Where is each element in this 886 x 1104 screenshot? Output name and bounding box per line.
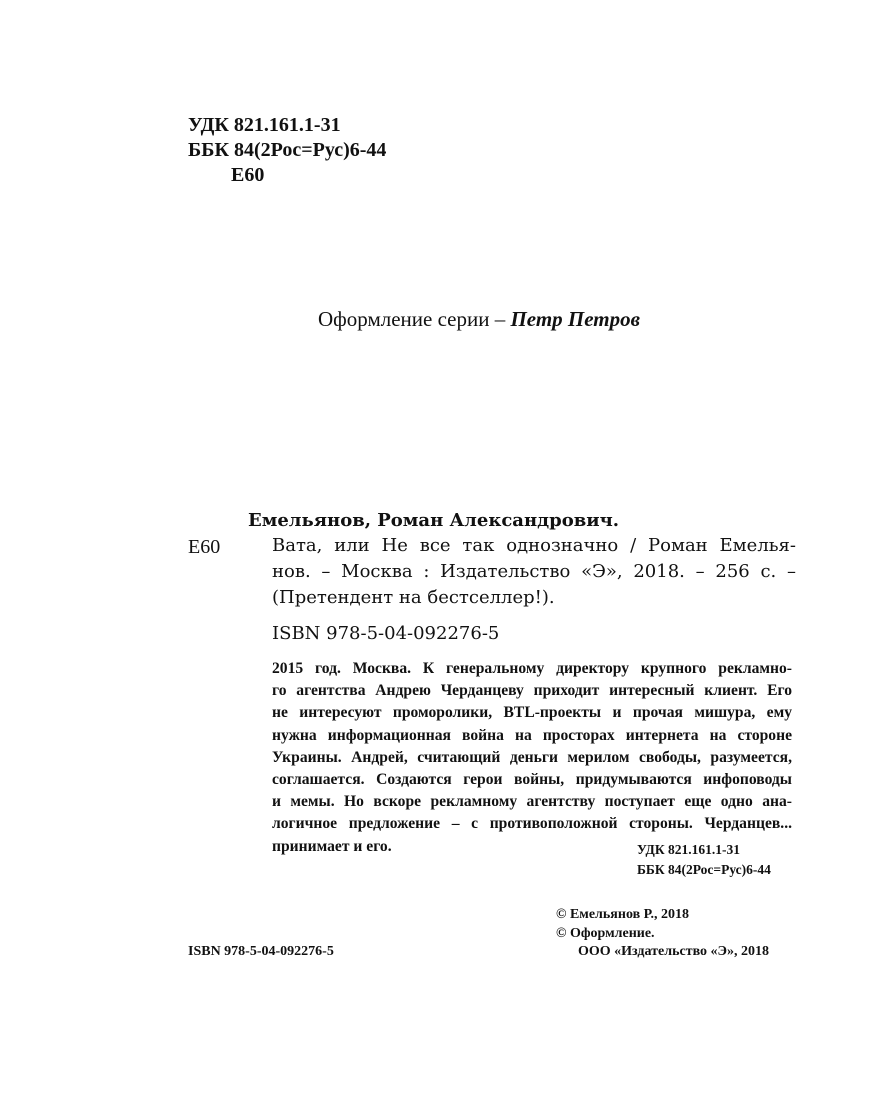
annotation-line: нужна информационная война на просторах … [272,725,792,747]
annotation-line: Украины. Андрей, считающий деньги мерило… [272,747,792,769]
biblio-line: Вата, или Не все так однозначно / Роман … [272,533,796,559]
biblio-author-code: Е60 [188,534,220,560]
annotation-line: го агентства Андрею Черданцеву приходит … [272,680,792,702]
biblio-line: нов. – Москва : Издательство «Э», 2018. … [272,559,796,585]
annotation: 2015 год. Москва. К генеральному директо… [272,658,792,858]
annotation-line: и мемы. Но вскоре рекламному агентству п… [272,791,792,813]
annotation-line: 2015 год. Москва. К генеральному директо… [272,658,792,680]
bbk-code-small: ББК 84(2Рос=Рус)6-44 [637,860,771,880]
annotation-line: не интересуют проморолики, BTL-проекты и… [272,702,792,724]
biblio-description: Вата, или Не все так однозначно / Роман … [272,533,796,611]
bbk-code: ББК 84(2Рос=Рус)6-44 [188,138,386,163]
copyright-block: © Емельянов Р., 2018 © Оформление. ООО «… [556,906,769,962]
series-designer-name: Петр Петров [510,307,640,331]
annotation-line: соглашается. Создаются герои войны, прид… [272,769,792,791]
udk-code-small: УДК 821.161.1-31 [637,840,771,860]
copyright-publisher: ООО «Издательство «Э», 2018 [556,943,769,962]
annotation-line: логичное предложение – с противоположной… [272,813,792,835]
biblio-line: (Претендент на бестселлер!). [272,585,796,611]
biblio-author: Емельянов, Роман Александрович. [248,509,619,533]
classification-block: УДК 821.161.1-31 ББК 84(2Рос=Рус)6-44 Е6… [188,113,386,188]
copyright-author: © Емельянов Р., 2018 [556,906,769,925]
series-design-credit: Оформление серии – Петр Петров [318,305,640,333]
series-credit-label: Оформление серии – [318,307,510,331]
author-code: Е60 [188,163,386,188]
classification-small: УДК 821.161.1-31 ББК 84(2Рос=Рус)6-44 [637,840,771,880]
udk-code: УДК 821.161.1-31 [188,113,386,138]
isbn-main: ISBN 978-5-04-092276-5 [272,622,499,646]
isbn-bottom: ISBN 978-5-04-092276-5 [188,942,334,962]
copyright-design: © Оформление. [556,925,769,944]
